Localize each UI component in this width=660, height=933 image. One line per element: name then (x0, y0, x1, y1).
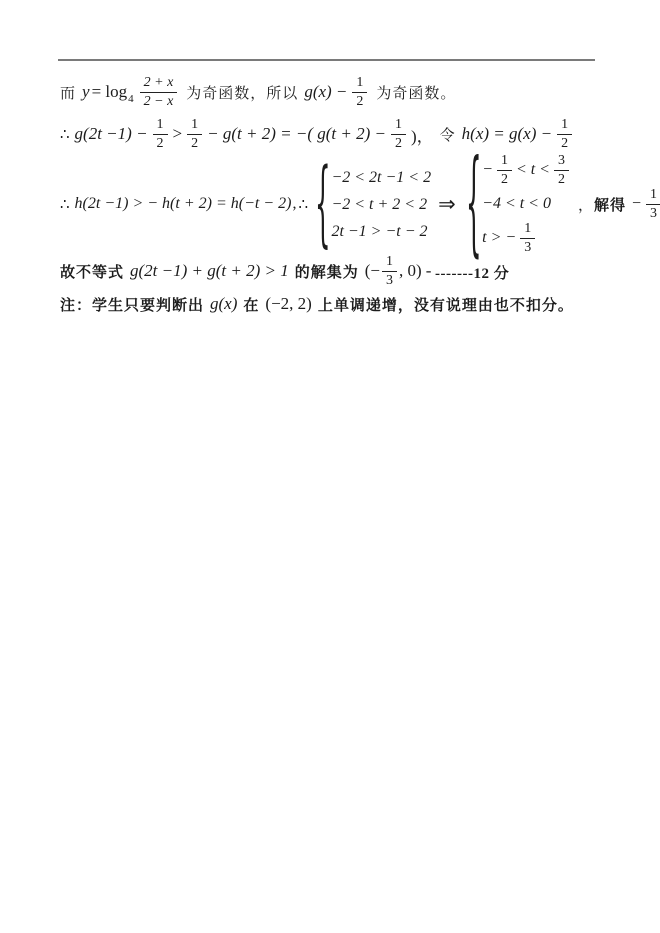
row1-middle: < t < (516, 158, 550, 182)
line3-chinese-solve: 解得 (594, 194, 626, 215)
line4-open-paren: (− (365, 261, 380, 281)
note-chinese-2: 在 (243, 294, 259, 315)
line2-expr1: g(2t −1) − (75, 124, 148, 144)
fraction-one-third: 1 3 (382, 253, 397, 289)
fraction-denominator: 2 (497, 171, 512, 189)
fraction-numerator: 1 (646, 186, 660, 205)
system-2-rows: − 1 2 < t < 3 2 −4 < t < 0 t > − 1 (482, 150, 573, 258)
left-brace: { (466, 147, 482, 261)
line1-chinese-suffix: 为奇函数。 (376, 82, 456, 103)
note-line: 注：学生只要判断出 g(x) 在 (−2, 2) 上单调递增，没有说理由也不扣分… (60, 293, 579, 315)
fraction-denominator: 2 − x (140, 93, 178, 111)
note-math-gx: g(x) (210, 294, 237, 314)
fraction-one-half: 1 2 (187, 116, 202, 152)
fraction-denominator: 2 (187, 135, 202, 153)
fraction-one-half: 1 2 (557, 116, 572, 152)
note-chinese-1: 注：学生只要判断出 (60, 294, 204, 315)
fraction-numerator: 3 (554, 152, 569, 171)
line3-comma: , (292, 195, 296, 213)
fraction-numerator: 1 (352, 74, 367, 93)
solution-line-3: ∴ h(2t −1) > − h(t + 2) = h(−t − 2) , ∴ … (60, 155, 660, 253)
line2-greater-than: > (173, 124, 183, 144)
line2-expr2: − g(t + 2) = −( g(t + 2) − (207, 124, 386, 144)
fraction-denominator: 2 (554, 171, 569, 189)
minus-sign: − (482, 158, 493, 182)
system-2-row-2: −4 < t < 0 (482, 192, 573, 216)
line1-chinese-mid: 为奇函数，所以 (186, 82, 298, 103)
fraction-denominator: 2 (153, 135, 168, 153)
system-1-rows: −2 < 2t −1 < 2 −2 < t + 2 < 2 2t −1 > −t… (331, 164, 431, 245)
minus-sign: − (632, 195, 641, 213)
horizontal-rule (58, 59, 595, 61)
inequality-system-1: { −2 < 2t −1 < 2 −2 < t + 2 < 2 2t −1 > … (312, 164, 431, 245)
fraction-numerator: 1 (557, 116, 572, 135)
system-2-row-1: − 1 2 < t < 3 2 (482, 152, 573, 188)
fraction-numerator: 1 (153, 116, 168, 135)
fraction-numerator: 1 (187, 116, 202, 135)
fraction-numerator: 2 + x (140, 74, 178, 93)
fraction-one-half: 1 2 (497, 152, 512, 188)
line3-comma-2: ， (578, 194, 594, 215)
fraction-denominator: 2 (352, 93, 367, 111)
therefore-symbol: ∴ (60, 125, 70, 144)
system-1-row-2: −2 < t + 2 < 2 (331, 191, 431, 218)
therefore-symbol: ∴ (60, 195, 70, 214)
fraction-numerator: 1 (391, 116, 406, 135)
line4-close-paren: , 0) (399, 261, 422, 281)
fraction-numerator: 1 (382, 253, 397, 272)
fraction-denominator: 2 (391, 135, 406, 153)
document-page: 而 y = log 4 2 + x 2 − x 为奇函数，所以 g(x) − 1… (0, 0, 660, 933)
therefore-symbol: ∴ (298, 195, 308, 214)
fraction-denominator: 3 (382, 272, 397, 290)
fraction-denominator: 3 (646, 205, 660, 223)
fraction-2-plus-x-over-2-minus-x: 2 + x 2 − x (140, 74, 178, 110)
line2-chinese-let: 令 (440, 124, 456, 145)
line4-tail-dash: - (426, 261, 432, 281)
line1-var-y: y (82, 82, 90, 102)
implies-arrow: ⇒ (438, 192, 456, 217)
line2-close-paren: )， (411, 122, 434, 147)
line1-log-base: 4 (128, 93, 134, 105)
left-brace: { (315, 157, 331, 251)
fraction-numerator: 1 (497, 152, 512, 171)
line4-chinese-prefix: 故不等式 (60, 261, 124, 282)
fraction-one-half: 1 2 (391, 116, 406, 152)
solution-line-1: 而 y = log 4 2 + x 2 − x 为奇函数，所以 g(x) − 1… (60, 70, 461, 114)
line4-chinese-mid: 的解集为 (295, 261, 359, 282)
solution-line-4: 故不等式 g(2t −1) + g(t + 2) > 1 的解集为 (− 1 3… (60, 251, 620, 291)
line1-equals-log: = log (92, 82, 128, 102)
system-1-row-1: −2 < 2t −1 < 2 (331, 164, 431, 191)
system-1-row-3: 2t −1 > −t − 2 (331, 218, 431, 245)
score-marker: -------12 分 (435, 262, 509, 283)
row3-lead: t > − (482, 226, 516, 250)
fraction-one-third: 1 3 (646, 186, 660, 222)
line3-expr1: h(2t −1) > − h(t + 2) = h(−t − 2) (75, 195, 292, 213)
line4-inequality-expr: g(2t −1) + g(t + 2) > 1 (130, 261, 289, 281)
line1-chinese-prefix: 而 (60, 82, 76, 103)
fraction-numerator: 1 (520, 220, 535, 239)
fraction-three-halves: 3 2 (554, 152, 569, 188)
line1-expr-gx: g(x) − (304, 82, 347, 102)
note-chinese-3: 上单调递增，没有说理由也不扣分。 (318, 294, 574, 315)
fraction-one-half: 1 2 (352, 74, 367, 110)
note-interval: (−2, 2) (265, 294, 311, 314)
fraction-one-half: 1 2 (153, 116, 168, 152)
inequality-system-2: { − 1 2 < t < 3 2 −4 < t < 0 t > − (463, 150, 573, 258)
